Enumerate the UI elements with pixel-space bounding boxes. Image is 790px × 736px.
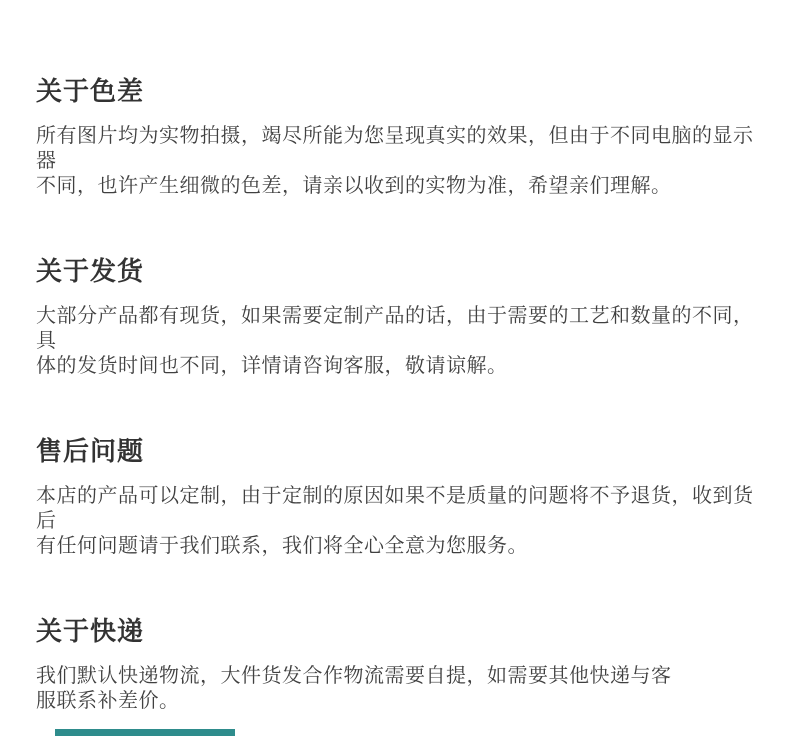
section-heading: 关于色差 <box>36 74 756 108</box>
product-description-page: 关于色差 所有图片均为实物拍摄，竭尽所能为您呈现真实的效果，但由于不同电脑的显示… <box>0 0 790 736</box>
section-heading: 关于快递 <box>36 614 756 648</box>
cutoff-next-section-bar <box>55 729 235 736</box>
section-body-text: 我们默认快递物流，大件货发合作物流需要自提，如需要其他快递与客 服联系补差价。 <box>36 664 756 714</box>
section-color-difference: 关于色差 所有图片均为实物拍摄，竭尽所能为您呈现真实的效果，但由于不同电脑的显示… <box>36 74 756 199</box>
section-heading: 关于发货 <box>36 254 756 288</box>
section-body-text: 大部分产品都有现货，如果需要定制产品的话，由于需要的工艺和数量的不同，具 体的发… <box>36 304 756 379</box>
section-body-text: 所有图片均为实物拍摄，竭尽所能为您呈现真实的效果，但由于不同电脑的显示器 不同，… <box>36 124 756 199</box>
section-express-delivery: 关于快递 我们默认快递物流，大件货发合作物流需要自提，如需要其他快递与客 服联系… <box>36 614 756 714</box>
section-after-sales: 售后问题 本店的产品可以定制，由于定制的原因如果不是质量的问题将不予退货，收到货… <box>36 434 756 559</box>
section-heading: 售后问题 <box>36 434 756 468</box>
section-body-text: 本店的产品可以定制，由于定制的原因如果不是质量的问题将不予退货，收到货后 有任何… <box>36 484 756 559</box>
section-shipping: 关于发货 大部分产品都有现货，如果需要定制产品的话，由于需要的工艺和数量的不同，… <box>36 254 756 379</box>
